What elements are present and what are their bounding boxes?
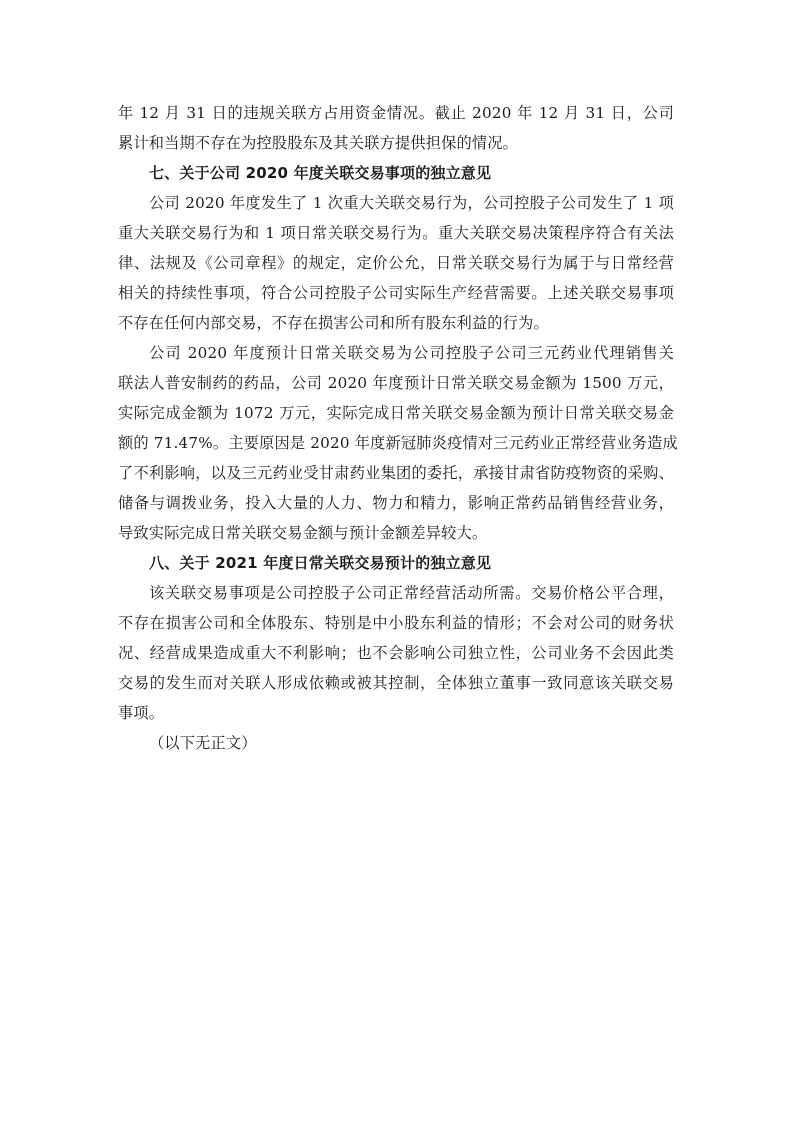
body-text-line: 事项。 [118,698,674,728]
body-text-line: 年 12 月 31 日的违规关联方占用资金情况。截止 2020 年 12 月 3… [118,98,674,128]
body-text-line: 律、法规及《公司章程》的规定，定价公允，日常关联交易行为属于与日常经营 [118,248,674,278]
body-text-line: 累计和当期不存在为控股股东及其关联方提供担保的情况。 [118,128,674,158]
body-text-line: 公司 2020 年度预计日常关联交易为公司控股子公司三元药业代理销售关 [118,338,674,368]
body-text-line: 不存在任何内部交易，不存在损害公司和所有股东利益的行为。 [118,308,674,338]
body-text-line: 不存在损害公司和全体股东、特别是中小股东利益的情形；不会对公司的财务状 [118,608,674,638]
body-text-line: 储备与调拨业务，投入大量的人力、物力和精力，影响正常药品销售经营业务， [118,488,674,518]
body-text-line: 该关联交易事项是公司控股子公司正常经营活动所需。交易价格公平合理， [118,578,674,608]
body-text-line: 重大关联交易行为和 1 项日常关联交易行为。重大关联交易决策程序符合有关法 [118,218,674,248]
body-text-line: 导致实际完成日常关联交易金额与预计金额差异较大。 [118,518,674,548]
end-of-text-note: （以下无正文） [118,728,674,758]
body-text-line: 况、经营成果造成重大不利影响；也不会影响公司独立性，公司业务不会因此类 [118,638,674,668]
body-text-line: 相关的持续性事项，符合公司控股子公司实际生产经营需要。上述关联交易事项 [118,278,674,308]
body-text-line: 了不利影响，以及三元药业受甘肃药业集团的委托，承接甘肃省防疫物资的采购、 [118,458,674,488]
body-text-line: 交易的发生而对关联人形成依赖或被其控制，全体独立董事一致同意该关联交易 [118,668,674,698]
body-text-line: 公司 2020 年度发生了 1 次重大关联交易行为，公司控股子公司发生了 1 项 [118,188,674,218]
body-text-line: 实际完成金额为 1072 万元，实际完成日常关联交易金额为预计日常关联交易金 [118,398,674,428]
body-text-line: 联法人普安制药的药品，公司 2020 年度预计日常关联交易金额为 1500 万元… [118,368,674,398]
document-page: 年 12 月 31 日的违规关联方占用资金情况。截止 2020 年 12 月 3… [118,98,674,758]
section-heading-8: 八、关于 2021 年度日常关联交易预计的独立意见 [118,548,674,578]
body-text-line: 额的 71.47%。主要原因是 2020 年度新冠肺炎疫情对三元药业正常经营业务… [118,428,674,458]
section-heading-7: 七、关于公司 2020 年度关联交易事项的独立意见 [118,158,674,188]
